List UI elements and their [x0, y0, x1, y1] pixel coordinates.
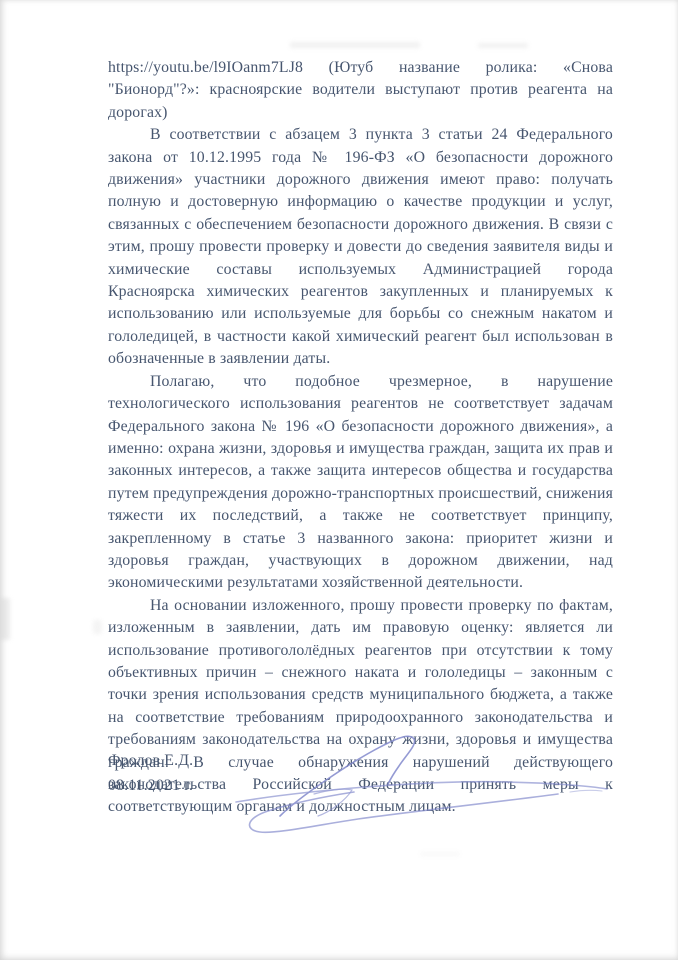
scan-artifact	[0, 598, 10, 640]
scanned-document-page: https://youtu.be/l9IOanm7LJ8 (Ютуб назва…	[0, 0, 678, 960]
paragraph-argument: Полагаю, что подобное чрезмерное, в нару…	[108, 371, 613, 595]
scan-artifact	[420, 852, 460, 856]
paragraph-legal-basis: В соответствии с абзацем 3 пункта 3 стат…	[108, 124, 613, 370]
scan-artifact	[478, 43, 528, 48]
signature-date: 08.11.2021 г.	[108, 773, 193, 798]
signature-block: Фролов Е.Д. 08.11.2021 г.	[108, 748, 193, 798]
document-body: https://youtu.be/l9IOanm7LJ8 (Ютуб назва…	[108, 57, 613, 819]
signatory-name: Фролов Е.Д.	[108, 748, 193, 773]
scan-artifact	[93, 620, 102, 634]
scan-artifact	[290, 42, 420, 48]
paragraph-youtube-link: https://youtu.be/l9IOanm7LJ8 (Ютуб назва…	[108, 57, 613, 124]
